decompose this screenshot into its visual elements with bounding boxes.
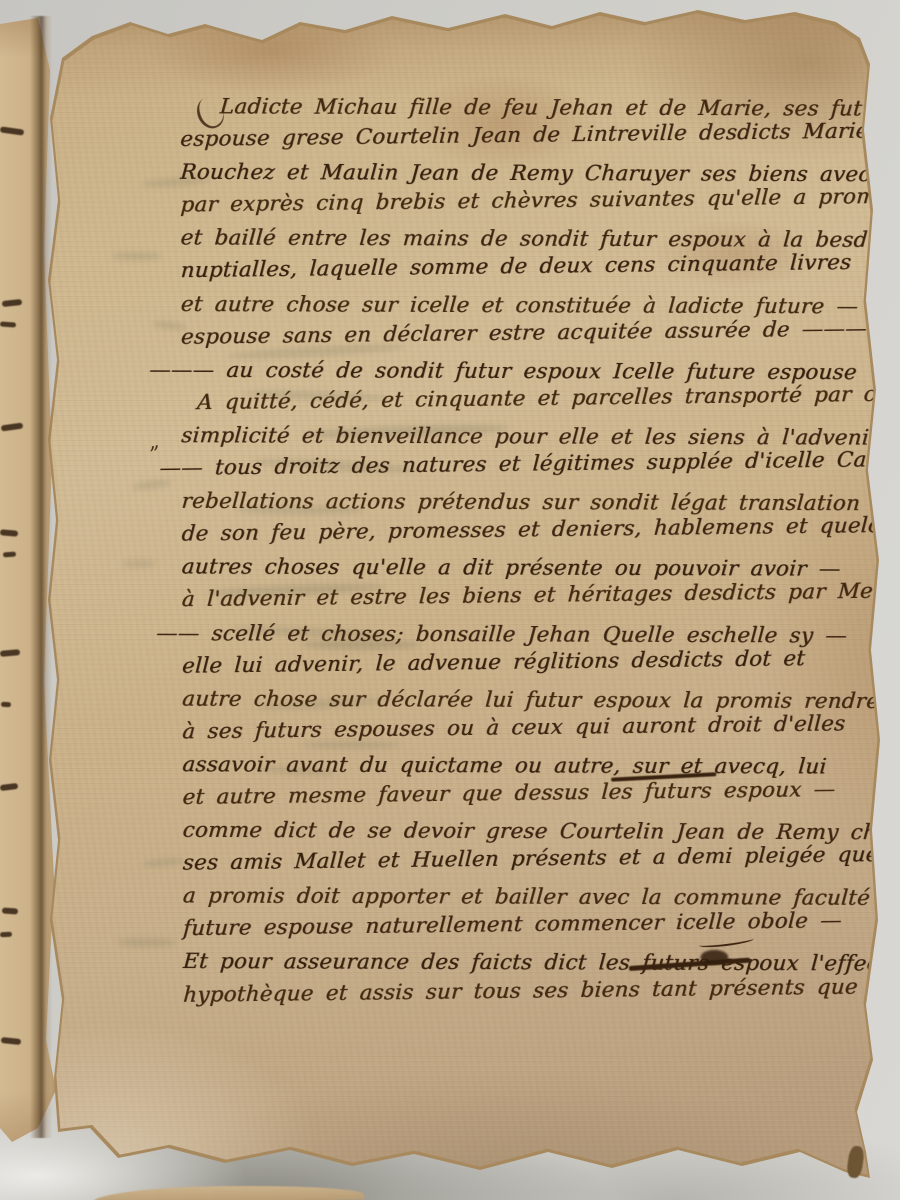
ink-fragment <box>0 529 18 537</box>
ink-fragment <box>0 649 20 657</box>
manuscript-line: à l'advenir et estre les biens et hérita… <box>181 577 879 618</box>
underlying-sheet-edge <box>92 1184 364 1200</box>
photo-backdrop: Ladicte Michau fille de feu Jehan et de … <box>0 0 900 1200</box>
ink-fragment <box>3 552 16 558</box>
gutter-fold <box>30 16 52 1138</box>
ink-fragment <box>1 422 24 431</box>
manuscript-page: Ladicte Michau fille de feu Jehan et de … <box>3 4 898 1197</box>
ink-showthrough <box>112 252 162 260</box>
manuscript-line: future espouse naturellement commencer i… <box>182 906 880 947</box>
manuscript-line: ses amis Mallet et Huellen présents et a… <box>182 840 880 881</box>
ink-fragment <box>0 321 16 327</box>
ink-fragment <box>1 702 11 708</box>
ink-fragment <box>0 126 24 135</box>
marginal-mark: „ <box>145 428 160 453</box>
manuscript-line: espouse grese Courtelin Jean de Lintrevi… <box>179 117 877 158</box>
ink-fragment <box>2 299 23 307</box>
manuscript-line: de son feu père, promesses et deniers, h… <box>181 511 879 552</box>
manuscript-line: par exprès cinq brebis et chèvres suivan… <box>179 182 877 223</box>
ink-showthrough <box>122 560 156 567</box>
ink-blot <box>700 950 728 965</box>
ink-fragment <box>1 1037 22 1045</box>
manuscript-line: nuptialles, laquelle somme de deux cens … <box>180 248 878 289</box>
text-block: Ladicte Michau fille de feu Jehan et de … <box>180 90 879 1013</box>
ink-showthrough <box>142 857 186 869</box>
ink-showthrough <box>117 938 177 947</box>
ink-fragment <box>2 907 18 914</box>
ink-fragment <box>0 783 18 791</box>
ink-fragment <box>0 932 12 938</box>
